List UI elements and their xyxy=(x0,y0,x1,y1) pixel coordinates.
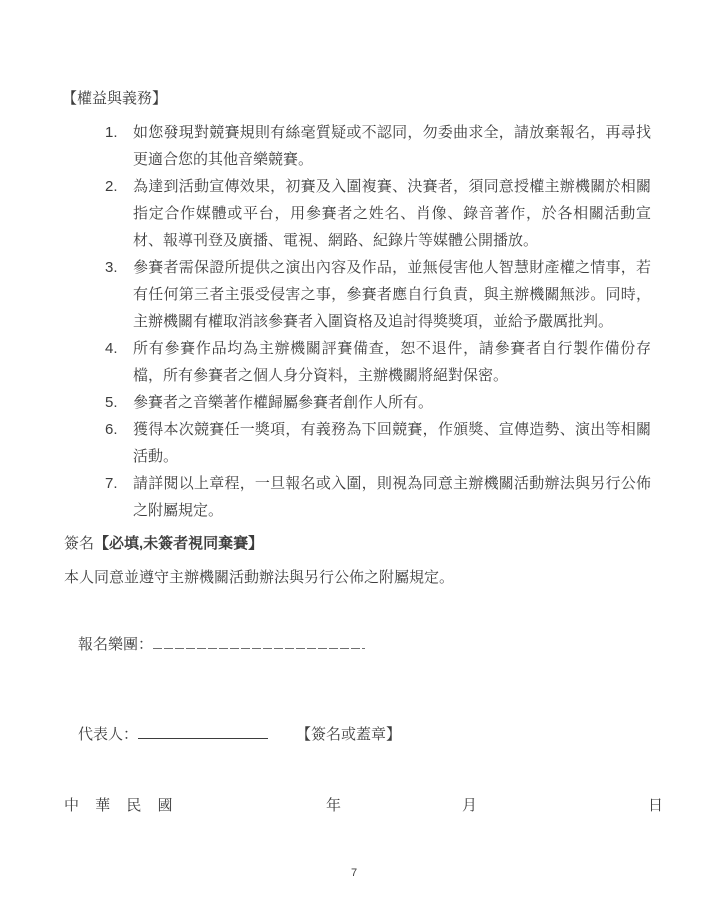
rules-item-number: 5. xyxy=(105,389,133,416)
section-heading: 【權益與義務】 xyxy=(62,88,167,109)
rules-item-number: 7. xyxy=(105,470,133,524)
rules-item-number: 3. xyxy=(105,254,133,335)
date-era-label: 中 華 民 國 xyxy=(64,795,179,817)
signature-required-note: 【必填,未簽者視同棄賽】 xyxy=(94,535,263,552)
date-year-label: 年 xyxy=(326,795,341,817)
rules-item-number: 6. xyxy=(105,416,133,470)
representative-blank-line xyxy=(138,723,268,739)
rules-item-number: 1. xyxy=(105,119,133,173)
document-page: 【權益與義務】 1. 如您發現對競賽規則有絲毫質疑或不認同，勿委曲求全，請放棄報… xyxy=(0,0,708,922)
date-month-label: 月 xyxy=(462,795,477,817)
rules-item-text: 為達到活動宣傳效果，初賽及入圍複賽、決賽者，須同意授權主辦機關於相關指定合作媒體… xyxy=(133,173,651,254)
agreement-statement: 本人同意並遵守主辦機關活動辦法與另行公佈之附屬規定。 xyxy=(64,567,454,589)
rules-item-3: 3. 參賽者需保證所提供之演出內容及作品，並無侵害他人智慧財產權之情事，若有任何… xyxy=(105,254,651,335)
rules-item-text: 參賽者需保證所提供之演出內容及作品，並無侵害他人智慧財產權之情事，若有任何第三者… xyxy=(133,254,651,335)
rules-item-text: 參賽者之音樂著作權歸屬參賽者創作人所有。 xyxy=(133,389,651,416)
date-day-label: 日 xyxy=(648,795,663,817)
representative-label: 代表人： xyxy=(78,726,138,743)
rules-item-text: 獲得本次競賽任一獎項，有義務為下回競賽，作頒獎、宣傳造勢、演出等相關活動。 xyxy=(133,416,651,470)
rules-item-1: 1. 如您發現對競賽規則有絲毫質疑或不認同，勿委曲求全，請放棄報名，再尋找更適合… xyxy=(105,119,651,173)
rules-item-text: 所有參賽作品均為主辦機關評賽備查，恕不退件，請參賽者自行製作備份存檔，所有參賽者… xyxy=(133,335,651,389)
date-line: 中 華 民 國 年 月 日 xyxy=(0,795,708,817)
rules-item-7: 7. 請詳閱以上章程，一旦報名或入圍，則視為同意主辦機關活動辦法與另行公佈之附屬… xyxy=(105,470,651,524)
band-name-blank-line xyxy=(153,634,365,649)
seal-note: 【簽名或蓋章】 xyxy=(296,726,401,743)
rules-list: 1. 如您發現對競賽規則有絲毫質疑或不認同，勿委曲求全，請放棄報名，再尋找更適合… xyxy=(105,119,651,524)
rules-item-text: 如您發現對競賽規則有絲毫質疑或不認同，勿委曲求全，請放棄報名，再尋找更適合您的其… xyxy=(133,119,651,173)
rules-item-number: 2. xyxy=(105,173,133,254)
representative-row: 代表人：【簽名或蓋章】 xyxy=(78,723,401,746)
rules-item-number: 4. xyxy=(105,335,133,389)
rules-item-text: 請詳閱以上章程，一旦報名或入圍，則視為同意主辦機關活動辦法與另行公佈之附屬規定。 xyxy=(133,470,651,524)
band-name-row: 報名樂團： xyxy=(78,634,365,656)
page-number: 7 xyxy=(0,866,708,880)
rules-item-4: 4. 所有參賽作品均為主辦機關評賽備查，恕不退件，請參賽者自行製作備份存檔，所有… xyxy=(105,335,651,389)
signature-section-title: 簽名【必填,未簽者視同棄賽】 xyxy=(64,533,263,555)
rules-item-5: 5. 參賽者之音樂著作權歸屬參賽者創作人所有。 xyxy=(105,389,651,416)
signature-label: 簽名 xyxy=(64,535,94,552)
band-name-label: 報名樂團： xyxy=(78,636,153,653)
rules-item-2: 2. 為達到活動宣傳效果，初賽及入圍複賽、決賽者，須同意授權主辦機關於相關指定合… xyxy=(105,173,651,254)
rules-item-6: 6. 獲得本次競賽任一獎項，有義務為下回競賽，作頒獎、宣傳造勢、演出等相關活動。 xyxy=(105,416,651,470)
